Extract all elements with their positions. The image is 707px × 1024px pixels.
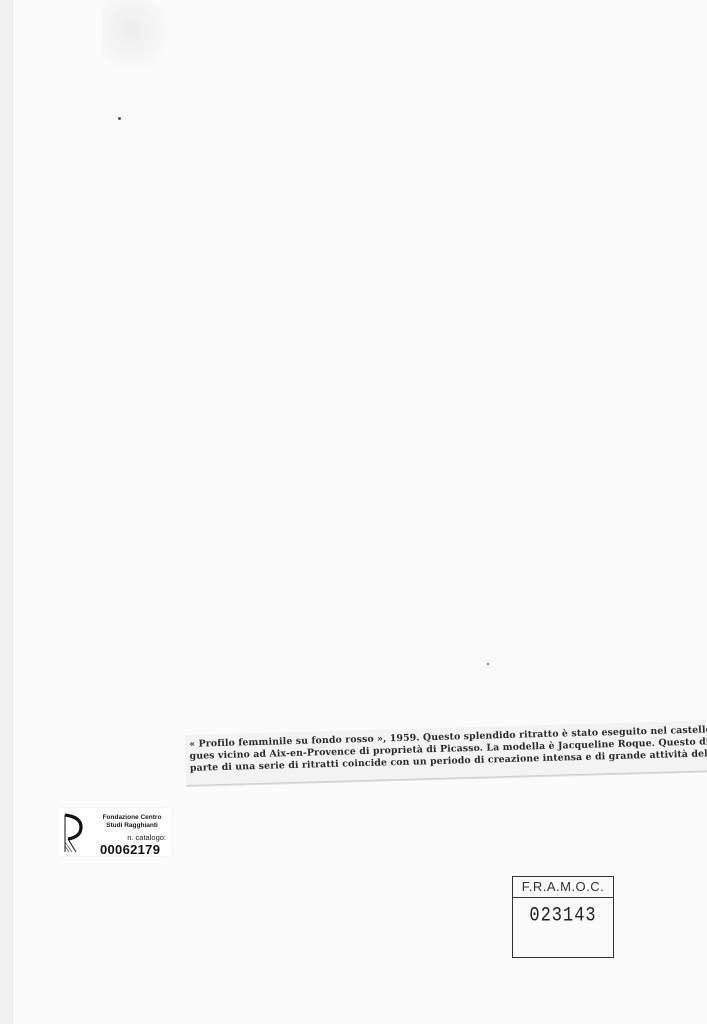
document-page <box>12 0 707 1024</box>
catalog-number: 00062179 <box>100 842 160 857</box>
ink-speck <box>118 117 121 120</box>
org-name-line: Studi Ragghianti <box>94 822 170 830</box>
catalog-label-sticker: Fondazione Centro Studi Ragghianti n. ca… <box>58 808 172 856</box>
organization-name: Fondazione Centro Studi Ragghianti <box>94 814 170 830</box>
stamp-number: 023143 <box>513 905 613 929</box>
scan-left-margin <box>0 0 12 1024</box>
stamp-header: F.R.A.M.O.C. <box>513 877 613 898</box>
stylized-r-logo-icon <box>62 812 86 854</box>
org-name-line: Fondazione Centro <box>94 814 170 822</box>
ink-speck <box>487 663 489 665</box>
paper-smudge <box>103 0 173 75</box>
framoc-stamp: F.R.A.M.O.C. 023143 <box>512 876 614 958</box>
catalog-number-label: n. catalogo: <box>127 833 166 842</box>
